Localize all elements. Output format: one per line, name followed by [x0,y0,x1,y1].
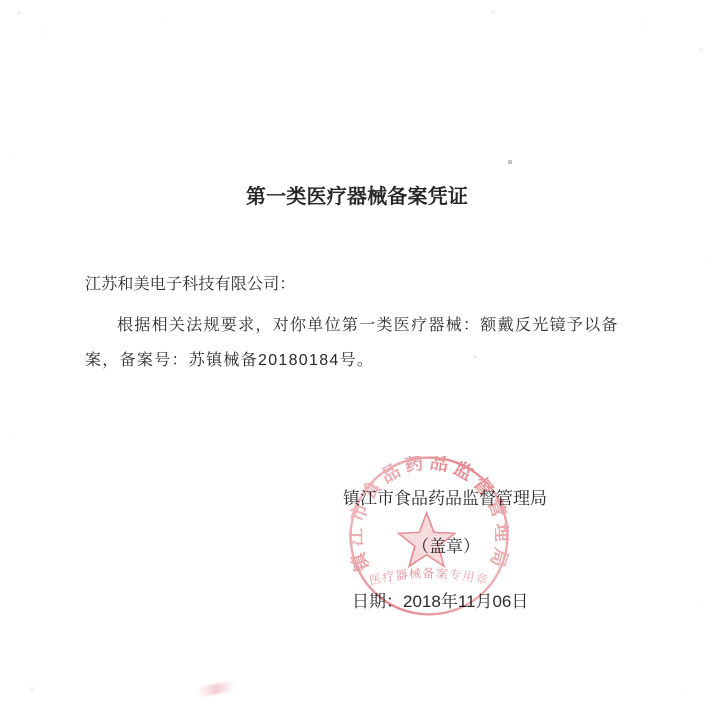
body-paragraph: 根据相关法规要求，对你单位第一类医疗器械：额戴反光镜予以备 案，备案号：苏镇械备… [85,308,630,378]
body-line-1: 根据相关法规要求，对你单位第一类医疗器械：额戴反光镜予以备 [85,308,630,343]
body-line-2: 案，备案号：苏镇械备20180184号。 [85,343,630,378]
svg-text:医疗器械备案专用章: 医疗器械备案专用章 [368,566,491,588]
stamp-star-icon [398,513,454,567]
scanned-certificate-page: { "document": { "title": "第一类医疗器械备案凭证", … [0,0,714,709]
official-stamp: 镇江市食品药品监督管理局 医疗器械备案专用章 [349,456,509,616]
stamp-bottom-text: 医疗器械备案专用章 [368,566,491,588]
scan-noise-speckles [0,0,2,2]
addressee-line: 江苏和美电子科技有限公司： [85,271,296,294]
scan-artifact-smudge [197,681,234,697]
page-title: 第一类医疗器械备案凭证 [0,180,714,209]
